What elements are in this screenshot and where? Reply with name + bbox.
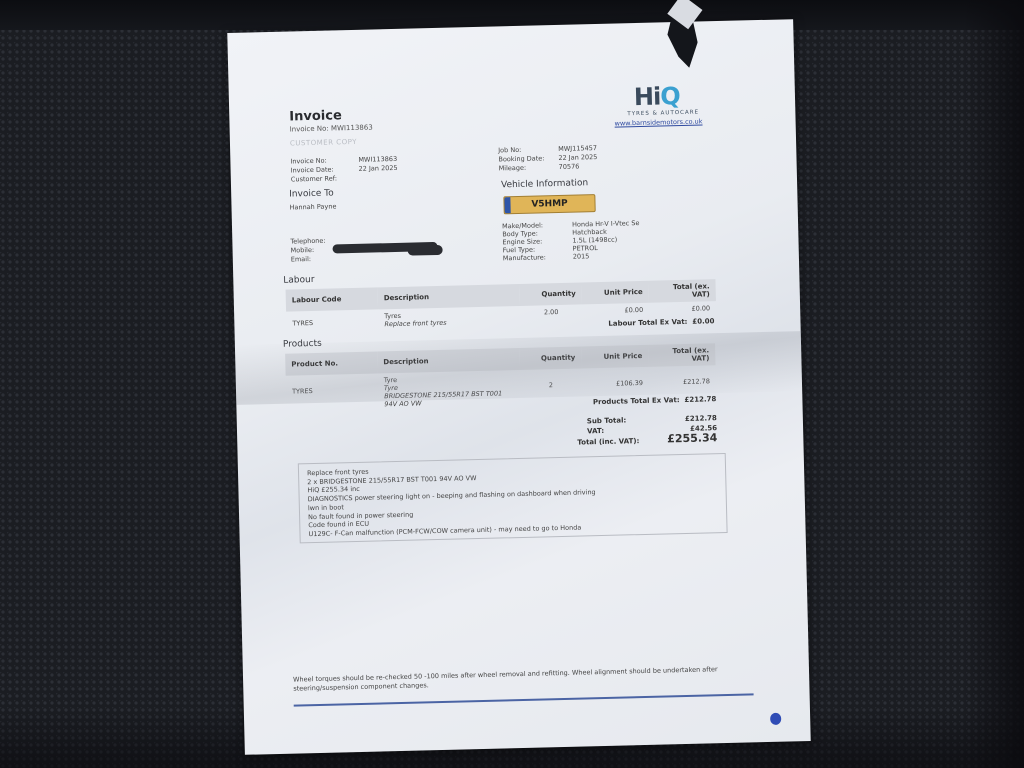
contact-block: Telephone: Mobile: Email: [290, 237, 326, 265]
labour-heading: Labour [283, 275, 314, 286]
customer-name: Hannah Payne [289, 202, 336, 212]
logo-main: Hi [634, 82, 661, 111]
registration-plate: V5HMP [503, 194, 595, 214]
totals-block: Sub Total:£212.78 VAT:£42.56 Total (inc.… [587, 413, 718, 447]
products-heading: Products [283, 339, 322, 350]
job-meta: Job No:MWJ115457 Booking Date:22 Jan 202… [498, 144, 598, 173]
invoice-paper: Invoice Invoice No: MWI113863 CUSTOMER C… [227, 19, 810, 755]
footer-divider [294, 693, 754, 706]
footer-disclaimer: Wheel torques should be re-checked 50 -1… [293, 664, 753, 693]
meta-row: Customer Ref: [291, 173, 398, 185]
invoice-number-line: Invoice No: MWI113863 [290, 123, 373, 133]
invoice-meta: Invoice No:MWI113863 Invoice Date:22 Jan… [290, 155, 398, 185]
hiq-logo: HiQ [634, 82, 680, 111]
meta-row: Mileage:70576 [499, 162, 598, 173]
logo-tagline: TYRES & AUTOCARE [627, 110, 699, 118]
job-notes-box: Replace front tyres 2 x BRIDGESTONE 215/… [298, 453, 728, 543]
blue-ink-dot [770, 713, 781, 725]
redaction-mark [408, 245, 443, 256]
customer-copy-label: CUSTOMER COPY [290, 138, 357, 148]
vehicle-fields: Make/Model:Honda Hr-V I-Vtec Se Body Typ… [502, 219, 640, 262]
website-link[interactable]: www.barnsidemotors.co.uk [614, 117, 702, 127]
invoice-title: Invoice [289, 108, 342, 124]
seat-shadow-right [964, 0, 1024, 768]
logo-accent: Q [660, 82, 680, 110]
invoice-to-heading: Invoice To [289, 188, 334, 199]
vehicle-info-heading: Vehicle Information [501, 178, 588, 190]
